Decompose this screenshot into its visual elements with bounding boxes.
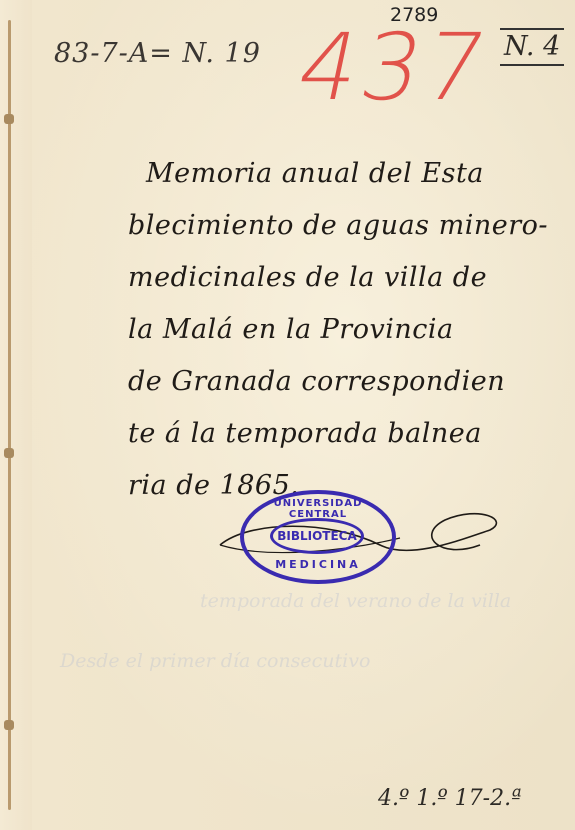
title-line: te á la temporada balnea: [128, 408, 568, 460]
title-line: medicinales de la villa de: [128, 252, 568, 304]
number-box: N. 4: [500, 28, 564, 66]
binding-thread: [8, 20, 11, 810]
folio-mark: 4.º 1.º 17-2.ª: [378, 786, 522, 811]
library-stamp: UNIVERSIDAD CENTRAL BIBLIOTECA MEDICINA: [240, 490, 396, 584]
thread-knot: [4, 114, 14, 124]
thread-knot: [4, 720, 14, 730]
stamp-center: BIBLIOTECA: [270, 518, 364, 554]
stamp-bottom-text: MEDICINA: [244, 558, 392, 571]
document-page: Desde el primer día consecutivo temporad…: [0, 0, 575, 830]
stamp-top-text: UNIVERSIDAD CENTRAL: [244, 498, 392, 520]
title-line: Memoria anual del Esta: [128, 148, 568, 200]
thread-knot: [4, 448, 14, 458]
title-line: blecimiento de aguas minero-: [128, 200, 568, 252]
binding-gutter: [0, 0, 32, 830]
stamp-center-text: BIBLIOTECA: [277, 529, 357, 543]
shelfmark: 83-7-A= N. 19: [54, 38, 261, 69]
bleed-through-text: Desde el primer día consecutivo: [60, 650, 370, 672]
bleed-through-text: temporada del verano de la villa: [200, 590, 511, 612]
red-pencil-number: 437: [289, 14, 499, 121]
document-title: Memoria anual del Esta blecimiento de ag…: [128, 148, 568, 512]
title-line: la Malá en la Provincia: [128, 304, 568, 356]
title-line: de Granada correspondien: [128, 356, 568, 408]
